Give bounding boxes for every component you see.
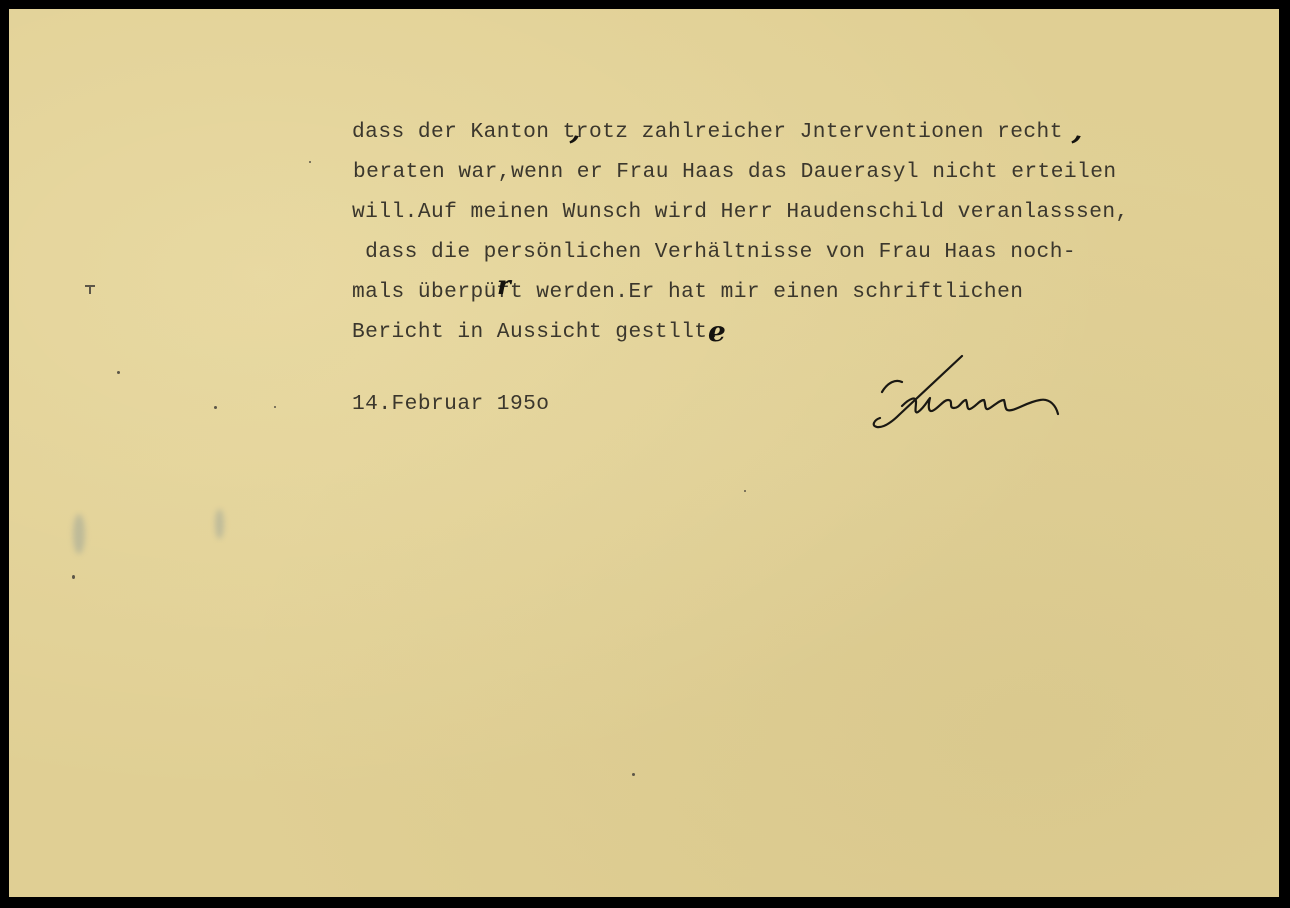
- paper-speck: [744, 490, 746, 492]
- document-page: dass der Kanton trotz zahlreicher Jnterv…: [9, 9, 1279, 897]
- handwritten-insert-r: r: [497, 271, 511, 301]
- paper-speck: [309, 161, 311, 163]
- body-line-2: beraten war,wenn er Frau Haas das Dauera…: [353, 152, 1117, 192]
- body-line-4: dass die persönlichen Verhältnisse von F…: [352, 232, 1076, 272]
- paper-smudge: [73, 514, 85, 554]
- body-line-3: will.Auf meinen Wunsch wird Herr Haudens…: [352, 192, 1129, 232]
- paper-speck: [89, 286, 91, 294]
- paper-speck: [117, 371, 120, 374]
- paper-speck: [214, 406, 217, 409]
- body-line-1: dass der Kanton trotz zahlreicher Jnterv…: [352, 112, 1063, 152]
- body-line-5: mals überpüft werden.Er hat mir einen sc…: [352, 272, 1023, 312]
- paper-speck: [72, 575, 75, 579]
- paper-speck: [274, 406, 276, 408]
- handwritten-insert-e: e: [708, 315, 726, 348]
- handwritten-comma-2: ,: [1071, 113, 1087, 147]
- body-line-6: Bericht in Aussicht gestllt.: [352, 312, 721, 352]
- paper-speck: [554, 174, 556, 176]
- letter-date: 14.Februar 195o: [352, 392, 549, 416]
- paper-smudge: [215, 509, 224, 539]
- paper-speck: [632, 773, 635, 776]
- signature: [844, 352, 1064, 437]
